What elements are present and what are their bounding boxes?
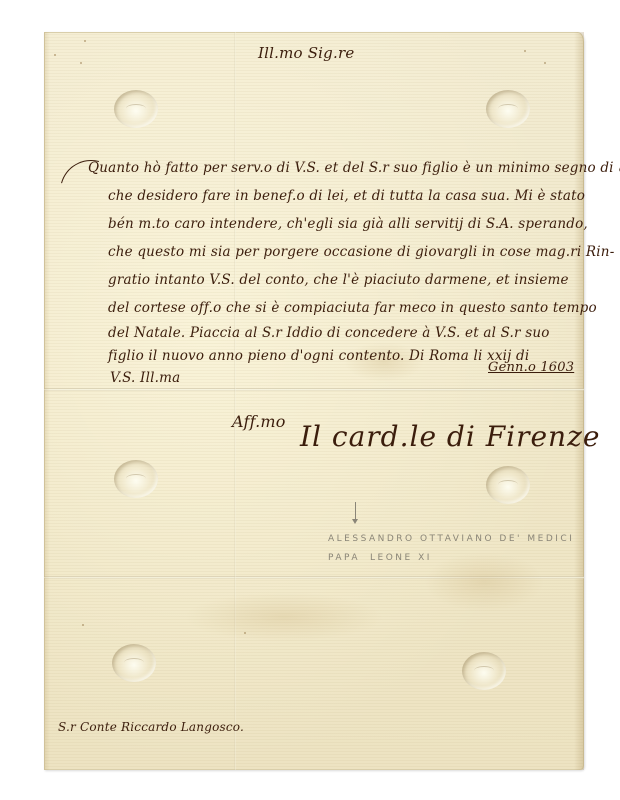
date: Genn.o 1603 xyxy=(488,360,574,375)
embossed-seal-icon xyxy=(486,466,530,504)
pencil-annotation-papa: PAPA xyxy=(328,553,360,563)
pencil-arrow-icon xyxy=(355,502,356,522)
embossed-seal-icon xyxy=(462,652,506,690)
pencil-annotation-name: ALESSANDRO OTTAVIANO DE' MEDICI xyxy=(328,534,574,544)
letter-paper xyxy=(44,32,584,770)
embossed-seal-icon xyxy=(114,90,158,128)
salutation: Ill.mo Sig.re xyxy=(258,44,354,62)
body-line: gratio intanto V.S. del conto, che l'è p… xyxy=(108,272,569,288)
body-line: figlio il nuovo anno pieno d'ogni conten… xyxy=(108,348,529,364)
body-line: che desidero fare in benef.o di lei, et … xyxy=(108,188,585,204)
body-line: V.S. Ill.ma xyxy=(110,370,180,386)
vertical-fold xyxy=(234,32,236,770)
horizontal-fold-upper xyxy=(44,388,584,391)
paper-stain xyxy=(424,552,544,612)
embossed-seal-icon xyxy=(112,644,156,682)
embossed-seal-icon xyxy=(114,460,158,498)
body-line: del cortese off.o che si è compiaciuta f… xyxy=(108,300,597,316)
recipient-address: S.r Conte Riccardo Langosco. xyxy=(58,720,244,734)
body-line: bén m.to caro intendere, ch'egli sia già… xyxy=(108,216,588,232)
paper-stain xyxy=(184,592,384,642)
body-line: Quanto hò fatto per serv.o di V.S. et de… xyxy=(88,160,620,176)
signature: Il card.le di Firenze xyxy=(300,420,600,453)
embossed-seal-icon xyxy=(486,90,530,128)
body-line: del Natale. Piaccia al S.r Iddio di conc… xyxy=(108,325,550,341)
closing: Aff.mo xyxy=(232,412,286,431)
pencil-annotation-title: LEONE XI xyxy=(370,553,432,563)
body-line: che questo mi sia per porgere occasione … xyxy=(108,244,614,260)
